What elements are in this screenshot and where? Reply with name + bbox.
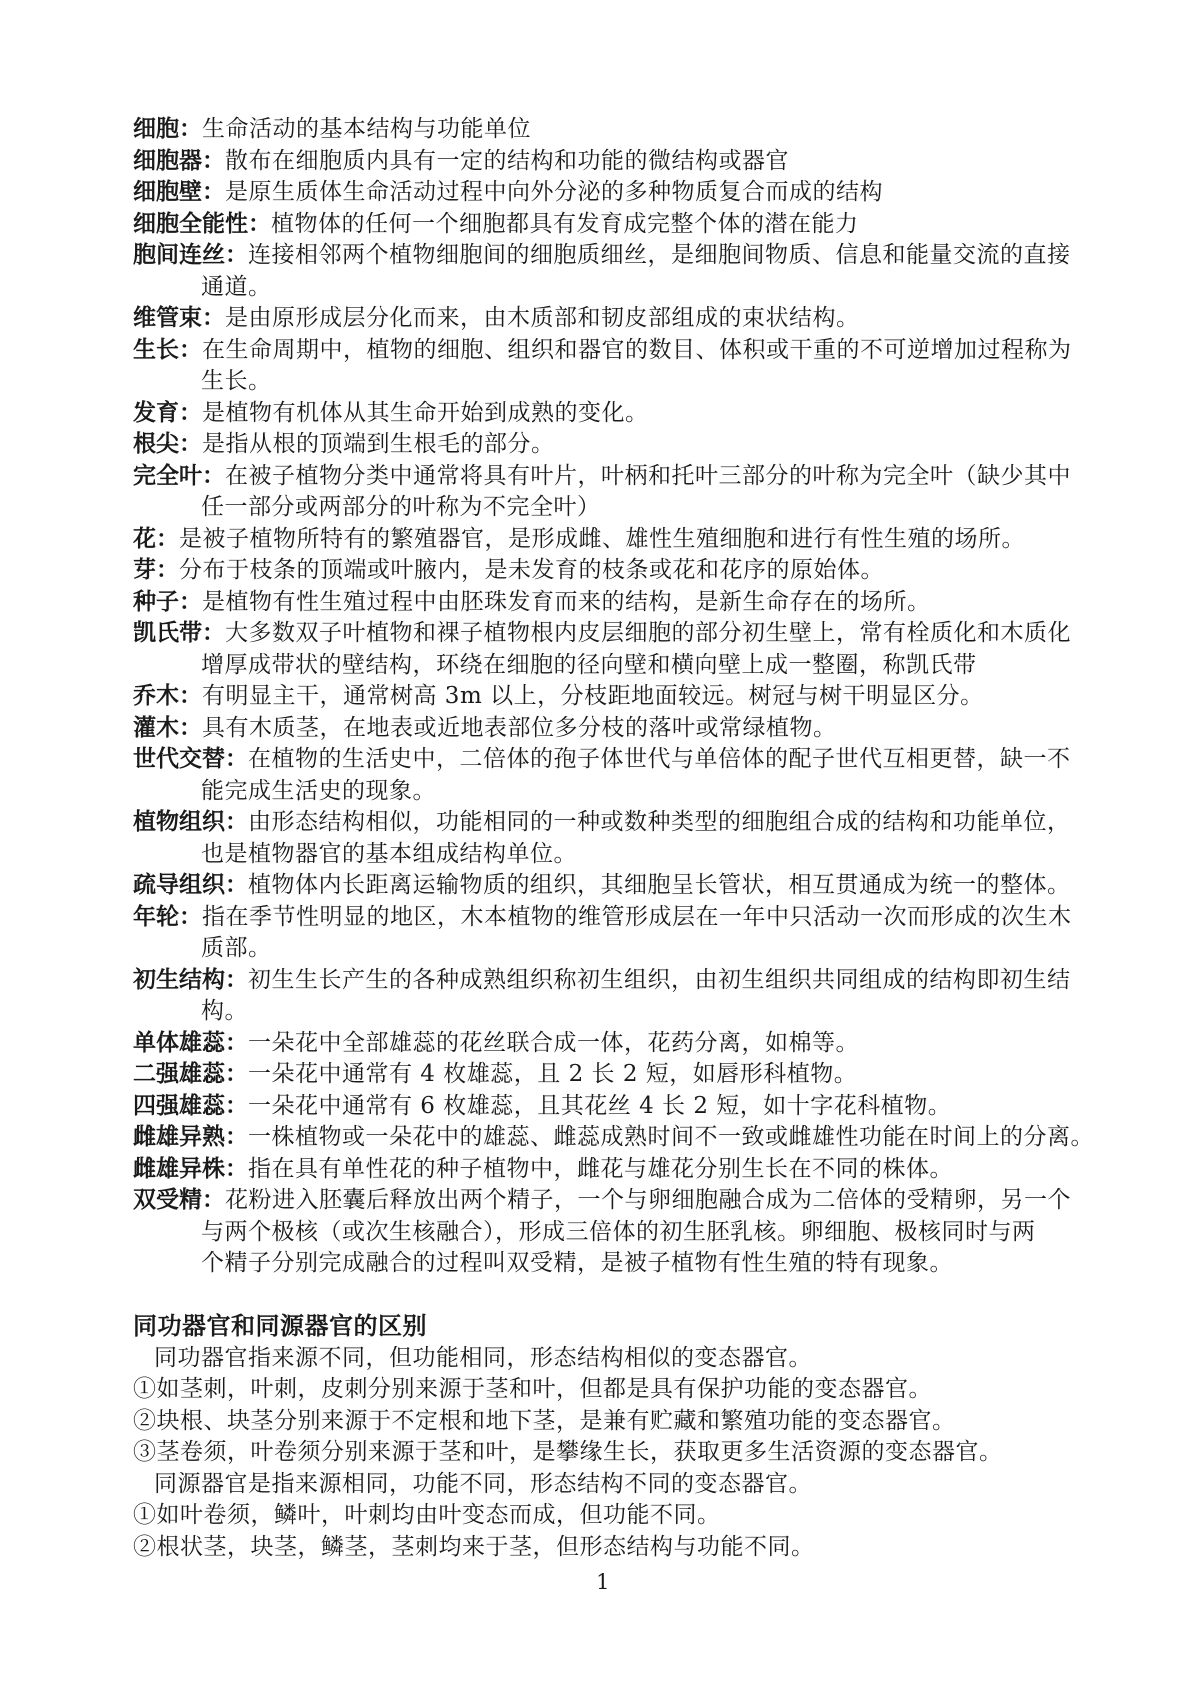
page-number: 1: [133, 1568, 1073, 1596]
definition-line: 花：是被子植物所特有的繁殖器官，是形成雌、雄性生殖细胞和进行有性生殖的场所。: [133, 524, 1073, 556]
term-label: 根尖：: [133, 431, 202, 457]
definition-line: 细胞壁：是原生质体生命活动过程中向外分泌的多种物质复合而成的结构: [133, 177, 1073, 209]
definition-line: 质部。: [133, 933, 1073, 965]
definition-line: 也是植物器官的基本组成结构单位。: [133, 839, 1073, 871]
definition-line: 完全叶：在被子植物分类中通常将具有叶片，叶柄和托叶三部分的叶称为完全叶（缺少其中: [133, 461, 1073, 493]
section-paragraph-line: ①如叶卷须，鳞叶，叶刺均由叶变态而成，但功能不同。: [133, 1500, 1073, 1532]
term-label: 芽：: [133, 557, 179, 583]
term-label: 疏导组织：: [133, 872, 248, 898]
section-homologous-organs: 同功器官和同源器官的区别 同功器官指来源不同，但功能相同，形态结构相似的变态器官…: [133, 1311, 1073, 1563]
definition-line: 雌雄异熟：一株植物或一朵花中的雄蕊、雌蕊成熟时间不一致或雌雄性功能在时间上的分离…: [133, 1122, 1073, 1154]
term-label: 乔木：: [133, 683, 202, 709]
section-paragraph-line: ③茎卷须，叶卷须分别来源于茎和叶，是攀缘生长，获取更多生活资源的变态器官。: [133, 1437, 1073, 1469]
term-label: 花：: [133, 526, 179, 552]
definitions-list: 细胞：生命活动的基本结构与功能单位细胞器：散布在细胞质内具有一定的结构和功能的微…: [133, 114, 1073, 1280]
definition-line: 植物组织：由形态结构相似，功能相同的一种或数种类型的细胞组合成的结构和功能单位，: [133, 807, 1073, 839]
term-label: 生长：: [133, 337, 202, 363]
section-paragraphs: 同功器官指来源不同，但功能相同，形态结构相似的变态器官。①如茎刺，叶刺，皮刺分别…: [133, 1343, 1073, 1564]
definition-line: 任一部分或两部分的叶称为不完全叶）: [133, 492, 1073, 524]
definition-line: 胞间连丝：连接相邻两个植物细胞间的细胞质细丝，是细胞间物质、信息和能量交流的直接: [133, 240, 1073, 272]
definition-line: 四强雄蕊：一朵花中通常有 6 枚雄蕊，且其花丝 4 长 2 短，如十字花科植物。: [133, 1091, 1073, 1123]
term-label: 细胞壁：: [133, 179, 225, 205]
term-label: 初生结构：: [133, 967, 248, 993]
page-content: 细胞：生命活动的基本结构与功能单位细胞器：散布在细胞质内具有一定的结构和功能的微…: [133, 114, 1073, 1596]
definition-line: 二强雄蕊：一朵花中通常有 4 枚雄蕊，且 2 长 2 短，如唇形科植物。: [133, 1059, 1073, 1091]
definition-line: 单体雄蕊：一朵花中全部雄蕊的花丝联合成一体，花药分离，如棉等。: [133, 1028, 1073, 1060]
section-paragraph-line: ②块根、块茎分别来源于不定根和地下茎，是兼有贮藏和繁殖功能的变态器官。: [133, 1406, 1073, 1438]
definition-line: 灌木：具有木质茎，在地表或近地表部位多分枝的落叶或常绿植物。: [133, 713, 1073, 745]
term-label: 单体雄蕊：: [133, 1030, 248, 1056]
definition-line: 细胞：生命活动的基本结构与功能单位: [133, 114, 1073, 146]
term-label: 细胞全能性：: [133, 211, 271, 237]
definition-line: 个精子分别完成融合的过程叫双受精，是被子植物有性生殖的特有现象。: [133, 1248, 1073, 1280]
section-paragraph-line: ①如茎刺，叶刺，皮刺分别来源于茎和叶，但都是具有保护功能的变态器官。: [133, 1374, 1073, 1406]
term-label: 双受精：: [133, 1187, 225, 1213]
definition-line: 双受精：花粉进入胚囊后释放出两个精子，一个与卵细胞融合成为二倍体的受精卵，另一个: [133, 1185, 1073, 1217]
definition-line: 凯氏带：大多数双子叶植物和裸子植物根内皮层细胞的部分初生壁上，常有栓质化和木质化: [133, 618, 1073, 650]
definition-line: 发育：是植物有机体从其生命开始到成熟的变化。: [133, 398, 1073, 430]
term-label: 凯氏带：: [133, 620, 225, 646]
term-label: 细胞器：: [133, 148, 225, 174]
term-label: 四强雄蕊：: [133, 1093, 248, 1119]
definition-line: 通道。: [133, 272, 1073, 304]
definition-line: 根尖：是指从根的顶端到生根毛的部分。: [133, 429, 1073, 461]
definition-line: 能完成生活史的现象。: [133, 776, 1073, 808]
term-label: 年轮：: [133, 904, 202, 930]
definition-line: 生长。: [133, 366, 1073, 398]
term-label: 灌木：: [133, 715, 202, 741]
section-paragraph-line: 同源器官是指来源相同，功能不同，形态结构不同的变态器官。: [133, 1469, 1073, 1501]
definition-line: 疏导组织：植物体内长距离运输物质的组织，其细胞呈长管状，相互贯通成为统一的整体。: [133, 870, 1073, 902]
term-label: 发育：: [133, 400, 202, 426]
section-paragraph-line: ②根状茎，块茎，鳞茎，茎刺均来于茎，但形态结构与功能不同。: [133, 1532, 1073, 1564]
term-label: 维管束：: [133, 305, 225, 331]
document-page: 细胞：生命活动的基本结构与功能单位细胞器：散布在细胞质内具有一定的结构和功能的微…: [0, 0, 1190, 1683]
term-label: 胞间连丝：: [133, 242, 248, 268]
term-label: 雌雄异熟：: [133, 1124, 248, 1150]
definition-line: 年轮：指在季节性明显的地区，木本植物的维管形成层在一年中只活动一次而形成的次生木: [133, 902, 1073, 934]
term-label: 细胞：: [133, 116, 202, 142]
definition-line: 乔木：有明显主干，通常树高 3m 以上，分枝距地面较远。树冠与树干明显区分。: [133, 681, 1073, 713]
definition-line: 芽：分布于枝条的顶端或叶腋内，是未发育的枝条或花和花序的原始体。: [133, 555, 1073, 587]
term-label: 种子：: [133, 589, 202, 615]
definition-line: 细胞全能性：植物体的任何一个细胞都具有发育成完整个体的潜在能力: [133, 209, 1073, 241]
definition-line: 种子：是植物有性生殖过程中由胚珠发育而来的结构，是新生命存在的场所。: [133, 587, 1073, 619]
definition-line: 世代交替：在植物的生活史中，二倍体的孢子体世代与单倍体的配子世代互相更替，缺一不: [133, 744, 1073, 776]
term-label: 完全叶：: [133, 463, 225, 489]
definition-line: 构。: [133, 996, 1073, 1028]
definition-line: 增厚成带状的壁结构，环绕在细胞的径向壁和横向壁上成一整圈，称凯氏带: [133, 650, 1073, 682]
section-heading: 同功器官和同源器官的区别: [133, 1311, 1073, 1343]
definition-line: 生长：在生命周期中，植物的细胞、组织和器官的数目、体积或干重的不可逆增加过程称为: [133, 335, 1073, 367]
term-label: 世代交替：: [133, 746, 248, 772]
term-label: 二强雄蕊：: [133, 1061, 248, 1087]
definition-line: 初生结构：初生生长产生的各种成熟组织称初生组织，由初生组织共同组成的结构即初生结: [133, 965, 1073, 997]
definition-line: 维管束：是由原形成层分化而来，由木质部和韧皮部组成的束状结构。: [133, 303, 1073, 335]
definition-line: 雌雄异株：指在具有单性花的种子植物中，雌花与雄花分别生长在不同的株体。: [133, 1154, 1073, 1186]
definition-line: 与两个极核（或次生核融合），形成三倍体的初生胚乳核。卵细胞、极核同时与两: [133, 1217, 1073, 1249]
section-paragraph-line: 同功器官指来源不同，但功能相同，形态结构相似的变态器官。: [133, 1343, 1073, 1375]
definition-line: 细胞器：散布在细胞质内具有一定的结构和功能的微结构或器官: [133, 146, 1073, 178]
term-label: 植物组织：: [133, 809, 248, 835]
term-label: 雌雄异株：: [133, 1156, 248, 1182]
